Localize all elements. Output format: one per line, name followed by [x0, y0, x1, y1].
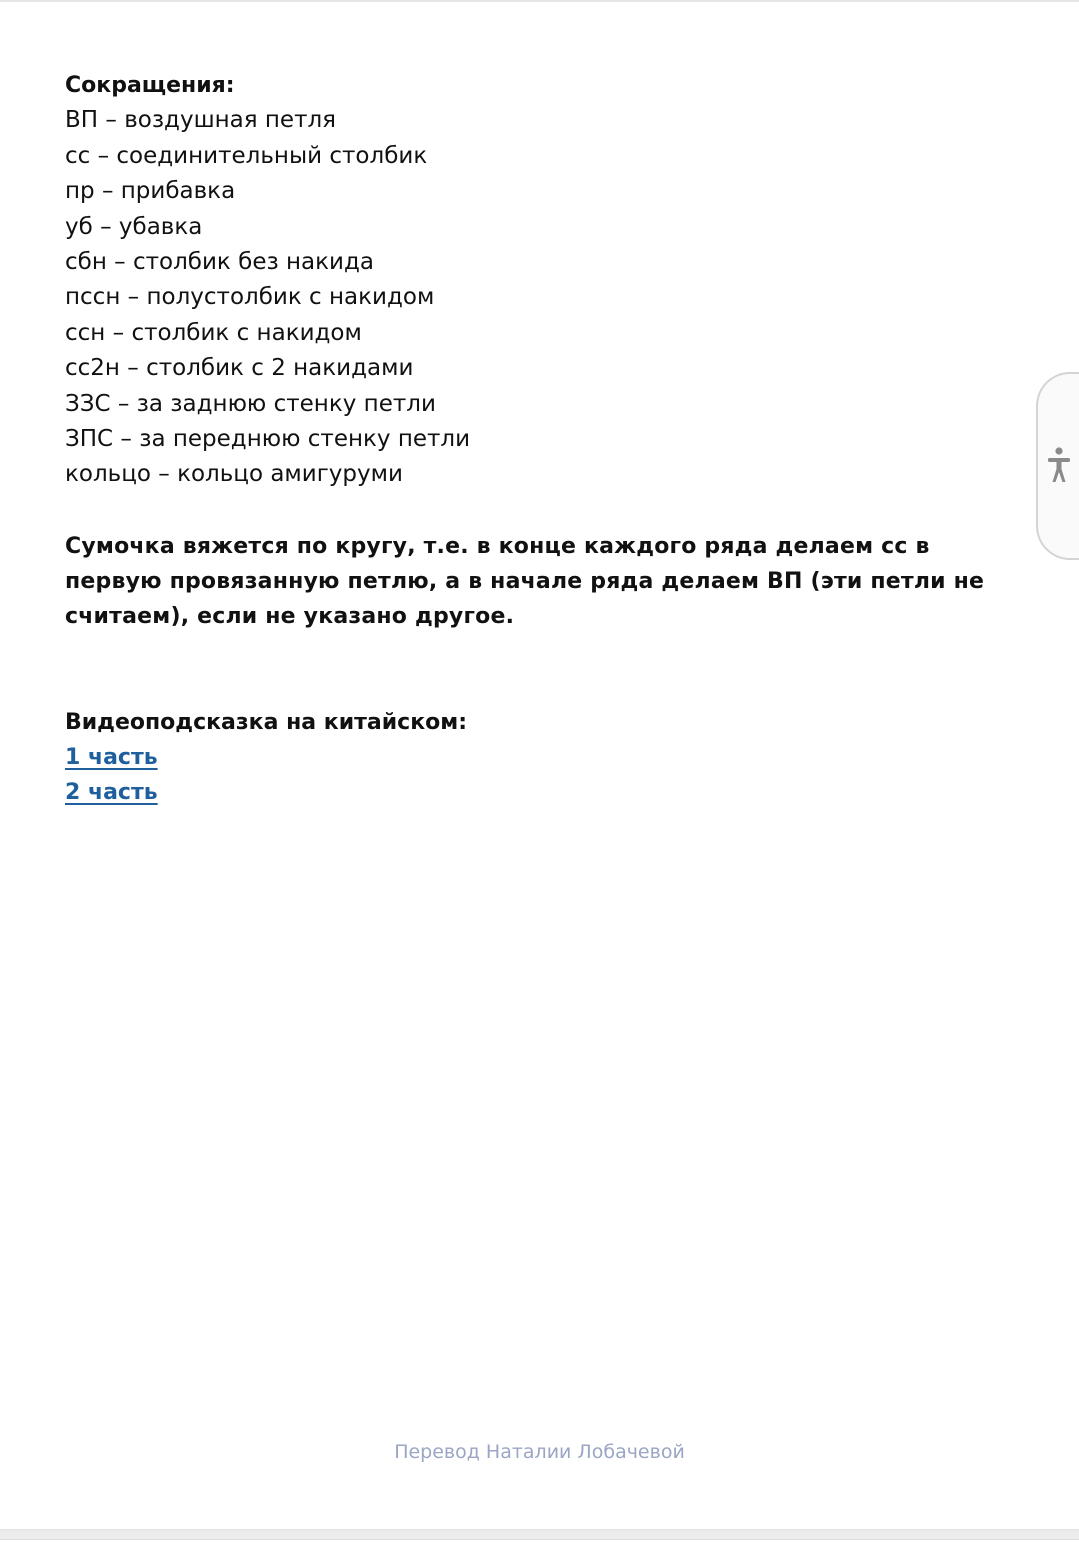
video-link-part-2[interactable]: 2 часть [65, 775, 158, 810]
accessibility-widget-button[interactable] [1036, 372, 1079, 560]
video-link-part-1[interactable]: 1 часть [65, 740, 158, 775]
accessibility-person-icon [1044, 444, 1074, 486]
abbreviation-item: ЗЗС – за заднюю стенку петли [65, 387, 1015, 422]
video-section: Видеоподсказка на китайском: 1 часть 2 ч… [65, 705, 1015, 810]
abbreviation-item: сс2н – столбик с 2 накидами [65, 351, 1015, 386]
abbreviation-item: пссн – полустолбик с накидом [65, 280, 1015, 315]
abbreviation-item: уб – убавка [65, 210, 1015, 245]
abbreviations-list: ВП – воздушная петля сс – соединительный… [65, 103, 1015, 492]
abbreviations-section: Сокращения: ВП – воздушная петля сс – со… [65, 68, 1015, 493]
abbreviation-item: сс – соединительный столбик [65, 139, 1015, 174]
abbreviation-item: сбн – столбик без накида [65, 245, 1015, 280]
translator-credit: Перевод Наталии Лобачевой [0, 1437, 1079, 1467]
abbreviation-item: ВП – воздушная петля [65, 103, 1015, 138]
top-border [0, 0, 1079, 2]
abbreviation-item: ссн – столбик с накидом [65, 316, 1015, 351]
abbreviation-item: ЗПС – за переднюю стенку петли [65, 422, 1015, 457]
abbreviation-item: пр – прибавка [65, 174, 1015, 209]
video-heading: Видеоподсказка на китайском: [65, 705, 1015, 740]
knitting-note: Сумочка вяжется по кругу, т.е. в конце к… [65, 529, 1015, 634]
abbreviation-item: кольцо – кольцо амигуруми [65, 457, 1015, 492]
document-page: Сокращения: ВП – воздушная петля сс – со… [65, 68, 1015, 810]
page-separator [0, 1529, 1079, 1540]
abbreviations-heading: Сокращения: [65, 68, 1015, 103]
